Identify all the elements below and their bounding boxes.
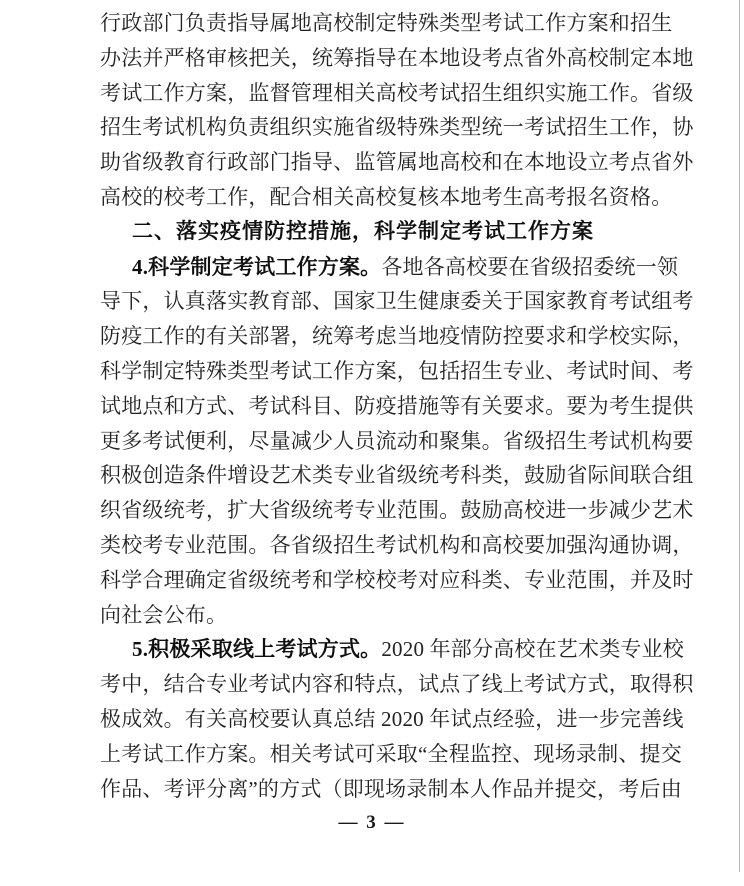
body-text: 防疫工作的有关部署，统筹考虑当地疫情防控要求和学校实际，: [100, 324, 694, 348]
body-text: 积极创造条件增设艺术类专业省级统考科类，鼓励省际间联合组: [100, 463, 694, 487]
bold-lead-text: 二、落实疫情防控措施，科学制定考试工作方案: [132, 220, 594, 243]
text-line: 向社会公布。: [100, 598, 652, 633]
text-line: 上考试工作方案。相关考试可采取“全程监控、现场录制、提交: [100, 737, 652, 772]
body-text: 行政部门负责指导属地高校制定特殊类型考试工作方案和招生: [100, 11, 672, 35]
text-line: 防疫工作的有关部署，统筹考虑当地疫情防控要求和学校实际，: [100, 319, 652, 354]
text-line: 科学制定特殊类型考试工作方案，包括招生专业、考试时间、考: [100, 354, 652, 389]
text-line: 织省级统考，扩大省级统考专业范围。鼓励高校进一步减少艺术: [100, 493, 652, 528]
body-text: 科学合理确定省级统考和学校校考对应科类、专业范围，并及时: [100, 568, 694, 592]
text-line: 招生考试机构负责组织实施省级特殊类型统一考试招生工作，协: [100, 110, 652, 145]
body-text: 科学制定特殊类型考试工作方案，包括招生专业、考试时间、考: [100, 359, 694, 383]
text-line: 科学合理确定省级统考和学校校考对应科类、专业范围，并及时: [100, 563, 652, 598]
text-line: 助省级教育行政部门指导、监管属地高校和在本地设立考点省外: [100, 145, 652, 180]
body-text: 导下，认真落实教育部、国家卫生健康委关于国家教育考试组考: [100, 289, 694, 313]
body-text: 上考试工作方案。相关考试可采取“全程监控、现场录制、提交: [100, 742, 682, 766]
text-line: 试地点和方式、考试科目、防疫措施等有关要求。要为考生提供: [100, 389, 652, 424]
page-number: — 3 —: [0, 812, 744, 834]
body-text: 考中，结合专业考试内容和特点，试点了线上考试方式，取得积: [100, 672, 694, 696]
text-line: 更多考试便利，尽量减少人员流动和聚集。省级招生考试机构要: [100, 424, 652, 459]
text-line: 行政部门负责指导属地高校制定特殊类型考试工作方案和招生: [100, 6, 652, 41]
body-text: 向社会公布。: [100, 603, 227, 627]
text-line: 4.科学制定考试工作方案。各地各高校要在省级招委统一领: [100, 250, 652, 285]
text-line: 类校考专业范围。各省级招生考试机构和高校要加强沟通协调，: [100, 528, 652, 563]
text-line: 高校的校考工作，配合相关高校复核本地考生高考报名资格。: [100, 180, 652, 215]
text-line: 作品、考评分离”的方式（即现场录制本人作品并提交，考后由: [100, 772, 652, 807]
body-text: 考试工作方案，监督管理相关高校考试招生组织实施工作。省级: [100, 81, 694, 105]
body-text: 类校考专业范围。各省级招生考试机构和高校要加强沟通协调，: [100, 533, 694, 557]
body-text: 高校的校考工作，配合相关高校复核本地考生高考报名资格。: [100, 185, 672, 209]
body-text: 助省级教育行政部门指导、监管属地高校和在本地设立考点省外: [100, 150, 694, 174]
document-body: 行政部门负责指导属地高校制定特殊类型考试工作方案和招生办法并严格审核把关，统筹指…: [100, 6, 652, 806]
text-line: 积极创造条件增设艺术类专业省级统考科类，鼓励省际间联合组: [100, 458, 652, 493]
body-text: 极成效。有关高校要认真总结 2020 年试点经验，进一步完善线: [100, 707, 684, 731]
section-heading: 二、落实疫情防控措施，科学制定考试工作方案: [100, 215, 652, 250]
page-edge-line: [739, 0, 740, 872]
bold-lead-text: 5.积极采取线上考试方式。: [132, 637, 381, 661]
body-text: 织省级统考，扩大省级统考专业范围。鼓励高校进一步减少艺术: [100, 498, 694, 522]
text-line: 导下，认真落实教育部、国家卫生健康委关于国家教育考试组考: [100, 284, 652, 319]
body-text: 办法并严格审核把关，统筹指导在本地设考点省外高校制定本地: [100, 46, 694, 70]
body-text: 2020 年部分高校在艺术类专业校: [381, 637, 684, 661]
body-text: 招生考试机构负责组织实施省级特殊类型统一考试招生工作，协: [100, 115, 694, 139]
text-line: 考中，结合专业考试内容和特点，试点了线上考试方式，取得积: [100, 667, 652, 702]
body-text: 更多考试便利，尽量减少人员流动和聚集。省级招生考试机构要: [100, 429, 694, 453]
text-line: 办法并严格审核把关，统筹指导在本地设考点省外高校制定本地: [100, 41, 652, 76]
bold-lead-text: 4.科学制定考试工作方案。: [132, 255, 381, 279]
body-text: 试地点和方式、考试科目、防疫措施等有关要求。要为考生提供: [100, 394, 694, 418]
text-line: 考试工作方案，监督管理相关高校考试招生组织实施工作。省级: [100, 76, 652, 111]
document-page: 行政部门负责指导属地高校制定特殊类型考试工作方案和招生办法并严格审核把关，统筹指…: [0, 0, 744, 886]
text-line: 极成效。有关高校要认真总结 2020 年试点经验，进一步完善线: [100, 702, 652, 737]
body-text: 各地各高校要在省级招委统一领: [381, 255, 678, 279]
body-text: 作品、考评分离”的方式（即现场录制本人作品并提交，考后由: [100, 777, 682, 801]
text-line: 5.积极采取线上考试方式。2020 年部分高校在艺术类专业校: [100, 632, 652, 667]
